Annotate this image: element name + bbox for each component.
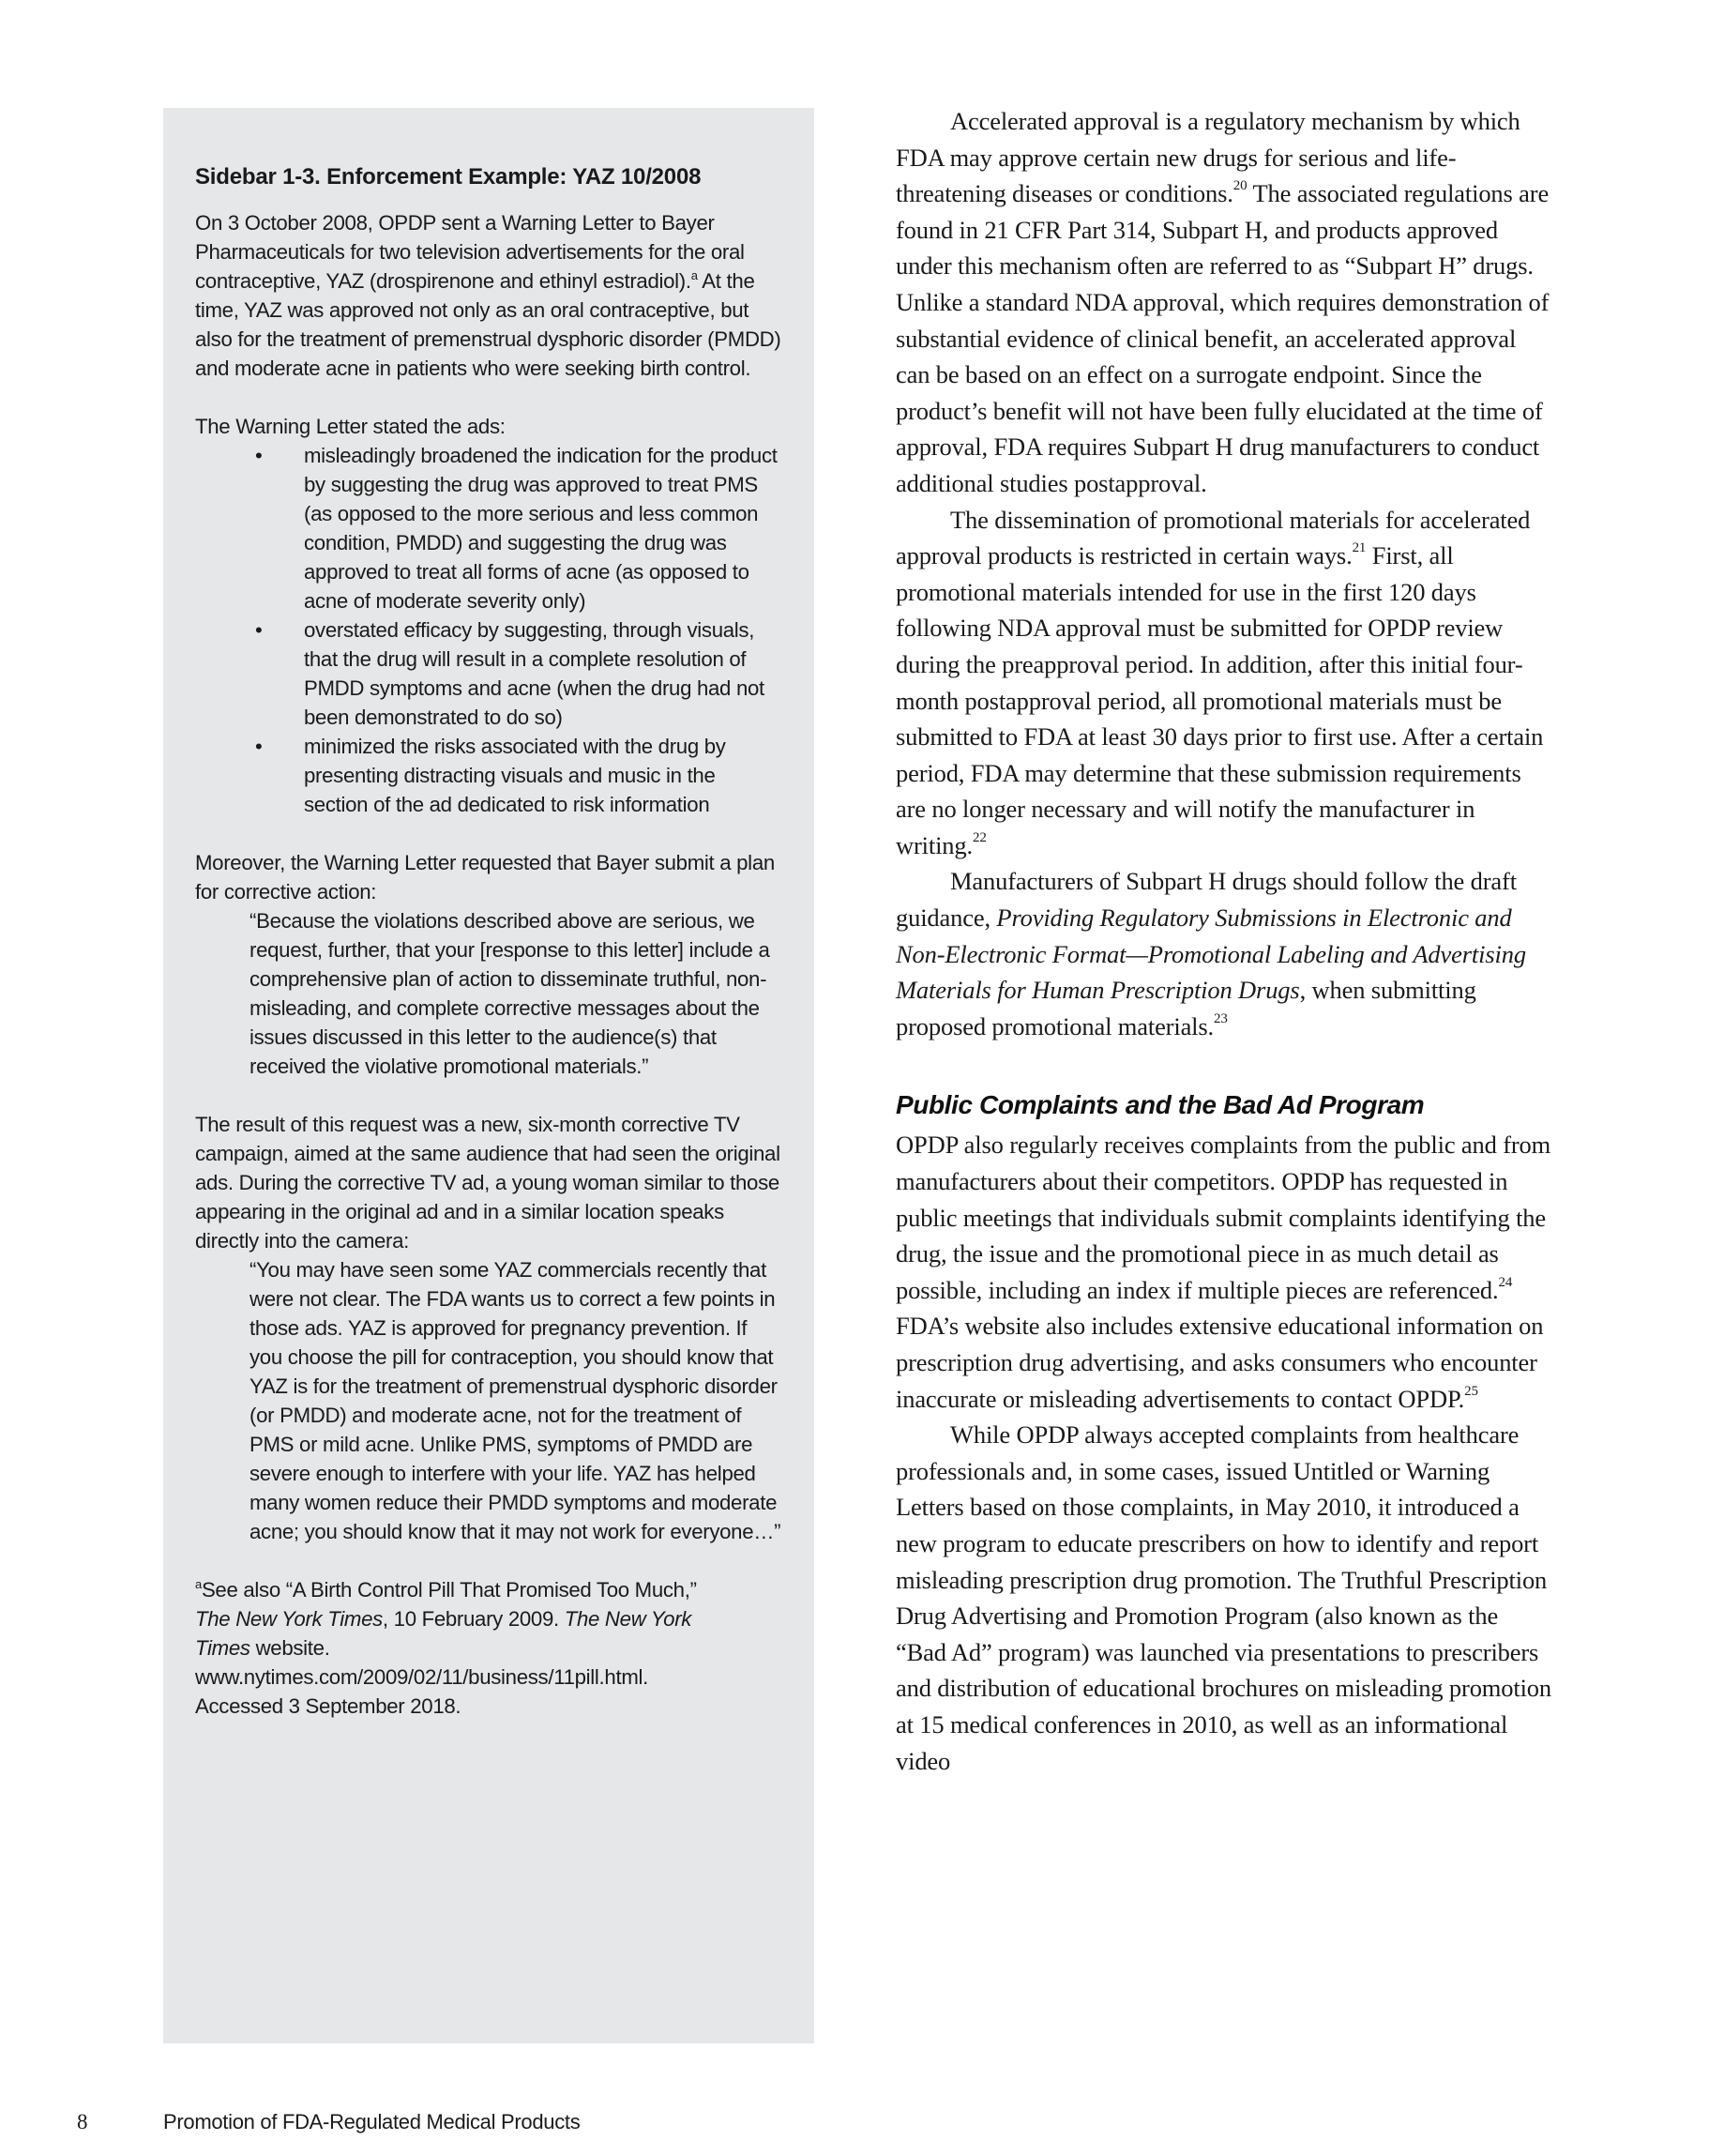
result-paragraph: The result of this request was a new, si… xyxy=(195,1110,782,1255)
warning-letter-quote: “Because the violations described above … xyxy=(195,906,782,1081)
footnote-url: website. www.nytimes.com/2009/02/11/busi… xyxy=(195,1636,648,1718)
bullet-icon: • xyxy=(255,615,262,645)
main-text-column: Accelerated approval is a regulatory mec… xyxy=(896,103,1552,1779)
page-number: 8 xyxy=(77,2105,88,2139)
endnote-ref: 23 xyxy=(1214,1011,1228,1026)
sidebar-title: Sidebar 1-3. Enforcement Example: YAZ 10… xyxy=(195,162,782,192)
paragraph-draft-guidance: Manufacturers of Subpart H drugs should … xyxy=(896,863,1552,1044)
list-item: •minimized the risks associated with the… xyxy=(195,732,782,819)
sidebar-footnote: aSee also “A Birth Control Pill That Pro… xyxy=(195,1575,782,1721)
paragraph-accelerated-approval: Accelerated approval is a regulatory mec… xyxy=(896,103,1552,502)
endnote-ref: 20 xyxy=(1233,178,1248,193)
paragraph-bad-ad-program: While OPDP always accepted complaints fr… xyxy=(896,1417,1552,1779)
list-item: •overstated efficacy by suggesting, thro… xyxy=(195,615,782,732)
endnote-ref: 25 xyxy=(1464,1384,1478,1399)
running-title: Promotion of FDA-Regulated Medical Produ… xyxy=(163,2105,580,2139)
paragraph-public-complaints: OPDP also regularly receives complaints … xyxy=(896,1127,1552,1417)
sidebar-intro: On 3 October 2008, OPDP sent a Warning L… xyxy=(195,208,782,383)
bullet-icon: • xyxy=(255,441,262,470)
endnote-ref: 22 xyxy=(973,830,987,845)
list-item: •misleadingly broadened the indication f… xyxy=(195,441,782,615)
footnote-marker: a xyxy=(691,268,698,282)
endnote-ref: 24 xyxy=(1499,1275,1513,1290)
endnote-ref: 21 xyxy=(1353,540,1367,555)
paragraph-dissemination: The dissemination of promotional materia… xyxy=(896,502,1552,864)
corrective-lead: Moreover, the Warning Letter requested t… xyxy=(195,848,782,906)
page-footer: 8 Promotion of FDA-Regulated Medical Pro… xyxy=(0,2105,1724,2139)
section-heading: Public Complaints and the Bad Ad Program xyxy=(896,1087,1552,1123)
bullet-icon: • xyxy=(255,732,262,761)
sidebar-box: Sidebar 1-3. Enforcement Example: YAZ 10… xyxy=(163,108,814,2043)
ad-quote: “You may have seen some YAZ commercials … xyxy=(195,1255,782,1546)
ads-lead: The Warning Letter stated the ads: xyxy=(195,412,782,441)
violations-list: •misleadingly broadened the indication f… xyxy=(195,441,782,819)
